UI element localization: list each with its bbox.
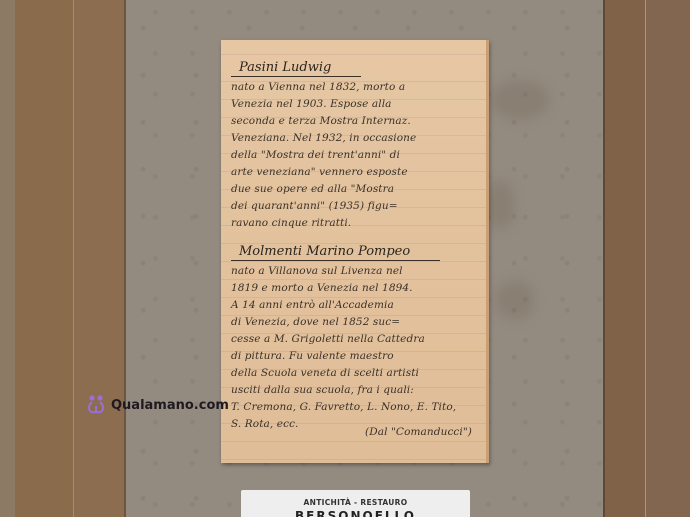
- cardboard-edge-left: [0, 0, 15, 517]
- note-line: nato a Villanova sul Livenza nel: [231, 263, 480, 280]
- handwritten-note: Pasini Ludwig nato a Vienna nel 1832, mo…: [221, 40, 489, 463]
- tape-strip-right-inner: [603, 0, 646, 517]
- label-title: BERSONOELLO: [241, 509, 470, 517]
- note-line: della "Mostra dei trent'anni" di: [231, 147, 480, 164]
- note-line: Venezia nel 1903. Espose alla: [231, 96, 480, 113]
- note-line: due sue opere ed alla "Mostra: [231, 181, 480, 198]
- note-line: T. Cremona, G. Favretto, L. Nono, E. Tit…: [231, 399, 480, 416]
- note-section-molmenti: Molmenti Marino Pompeo nato a Villanova …: [231, 240, 480, 433]
- note-line: cesse a M. Grigoletti nella Cattedra: [231, 331, 480, 348]
- shop-label: ANTICHITÀ - RESTAURO BERSONOELLO: [241, 490, 470, 517]
- note-line: ravano cinque ritratti.: [231, 215, 480, 232]
- note-body: nato a Villanova sul Livenza nel1819 e m…: [231, 263, 480, 433]
- note-line: della Scuola veneta di scelti artisti: [231, 365, 480, 382]
- note-line: A 14 anni entrò all'Accademia: [231, 297, 480, 314]
- note-line: Veneziana. Nel 1932, in occasione: [231, 130, 480, 147]
- note-line: nato a Vienna nel 1832, morto a: [231, 79, 480, 96]
- note-section-pasini: Pasini Ludwig nato a Vienna nel 1832, mo…: [231, 56, 480, 232]
- note-line: arte veneziana" vennero esposte: [231, 164, 480, 181]
- note-title: Pasini Ludwig: [231, 59, 361, 77]
- note-line: 1819 e morto a Venezia nel 1894.: [231, 280, 480, 297]
- tape-strip-right-outer: [645, 0, 690, 517]
- stain: [495, 280, 535, 320]
- stain: [490, 80, 550, 120]
- note-body: nato a Vienna nel 1832, morto aVenezia n…: [231, 79, 480, 232]
- note-line: seconda e terza Mostra Internaz.: [231, 113, 480, 130]
- note-line: di Venezia, dove nel 1852 suc=: [231, 314, 480, 331]
- tape-strip-left-outer: [15, 0, 74, 517]
- qualamano-logo-icon: [85, 394, 107, 416]
- watermark: Qualamano.com: [85, 394, 229, 416]
- note-line: di pittura. Fu valente maestro: [231, 348, 480, 365]
- stain: [485, 180, 515, 230]
- note-line: dei quarant'anni" (1935) figu=: [231, 198, 480, 215]
- watermark-text: Qualamano.com: [111, 398, 229, 413]
- label-subtitle: ANTICHITÀ - RESTAURO: [241, 498, 470, 507]
- tape-strip-left-inner: [74, 0, 126, 517]
- note-signature: (Dal "Comanducci"): [365, 424, 472, 441]
- note-title: Molmenti Marino Pompeo: [231, 243, 440, 261]
- note-line: usciti dalla sua scuola, fra i quali:: [231, 382, 480, 399]
